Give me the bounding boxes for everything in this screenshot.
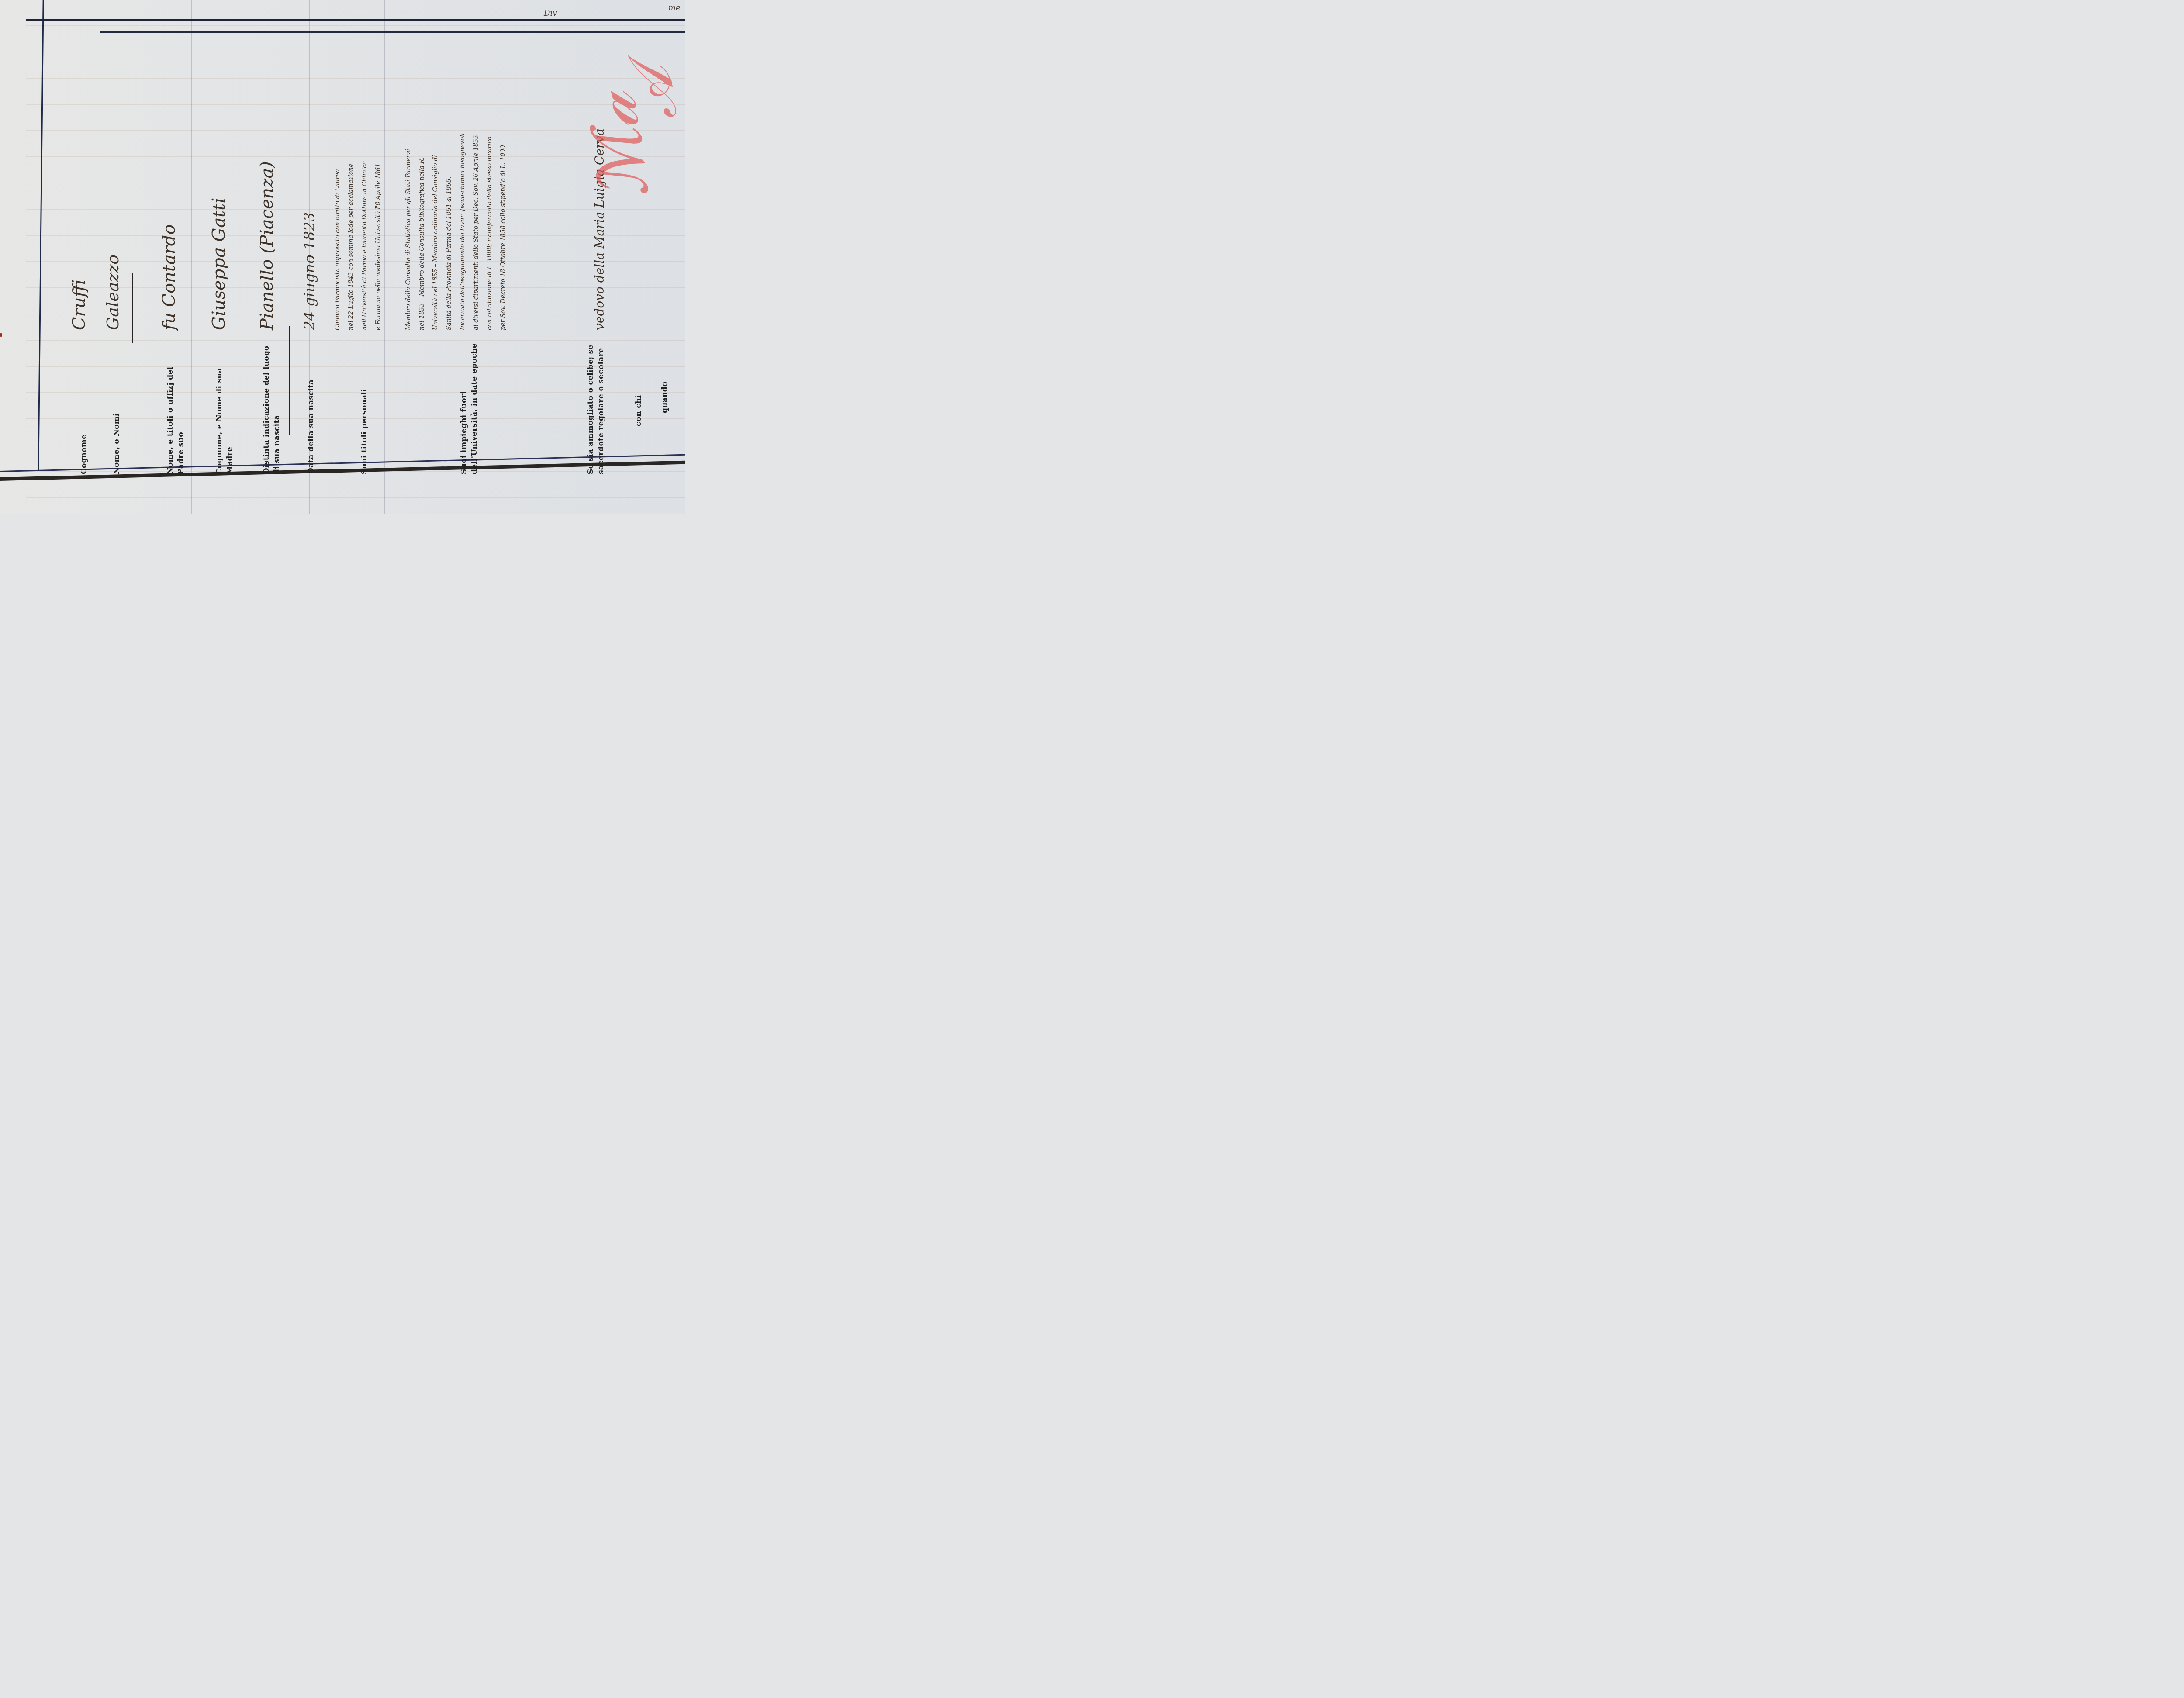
field-label: Se sia ammogliato o celibe; se sacerdote…	[585, 343, 606, 474]
field-luogo-nascita: Distinta indicazione del luogo di sua na…	[261, 38, 287, 474]
field-value: Galeazzo	[104, 0, 121, 330]
value-line: Incaricato dell'eseguimento dei lavori f…	[456, 0, 470, 330]
value-line: per Sov. Decreto 18 Ottobre 1858 collo s…	[497, 0, 510, 330]
field-label: con chi	[633, 295, 644, 426]
value-line: Membro della Consulta di Statistica per …	[402, 0, 415, 330]
field-impieghi: Suoi impieghi fuori dell'Università, in …	[402, 38, 533, 474]
value-line: nell'Università di Parma e laureato Dott…	[358, 0, 372, 330]
value-line: con retribuzione di L. 1000; riconfermat…	[483, 0, 497, 330]
field-label: Cognome, e Nome di sua Madre	[214, 343, 235, 474]
value-line: e Farmacia nella medesima Università l'8…	[372, 0, 385, 330]
row-divider	[289, 326, 290, 435]
field-value: Pianello (Piacenza)	[259, 0, 275, 330]
field-value-lines: Membro della Consulta di Statistica per …	[402, 0, 510, 330]
value-line: Chimico Farmacista approvato con diritto…	[331, 0, 345, 330]
field-value: 24 giugno 1823	[301, 0, 318, 330]
margin-fragment: Div	[544, 9, 557, 18]
value-line: nel 22 Luglio 1843 con somma lode per ac…	[345, 0, 358, 330]
field-titoli-personali: Suoi titoli personali Chimico Farmacista…	[332, 38, 389, 474]
row-divider	[132, 273, 133, 343]
field-label: Distinta indicazione del luogo di sua na…	[261, 343, 282, 474]
red-pencil-annotation: 𝒜	[617, 62, 685, 125]
value-line: Università nel 1855 – Membro ordinario d…	[429, 0, 442, 330]
value-line: nel 1853 – Membro della Consulta bibliog…	[415, 0, 429, 330]
field-madre: Cognome, e Nome di sua Madre Giuseppa Ga…	[214, 38, 240, 474]
field-label: Nome, o Nomi	[111, 343, 122, 474]
field-nome: Nome, o Nomi Galeazzo	[111, 38, 138, 474]
value-line: Sanità della Provincia di Parma dal 1861…	[442, 0, 456, 330]
field-label: Cognome	[79, 343, 89, 474]
field-padre: Nome, e titoli o uffizj del Padre suo fu…	[165, 38, 191, 474]
margin-fragment: me	[668, 3, 681, 13]
value-line: ai diversi dipartimenti dello Stato per …	[470, 0, 483, 330]
field-value: Giuseppa Gatti	[211, 0, 227, 330]
field-cognome: Cognome Cruffi	[79, 38, 105, 474]
field-value: fu Contardo	[161, 0, 177, 330]
field-data-nascita: Data della sua nascita 24 giugno 1823	[306, 38, 328, 474]
field-label: quando	[660, 282, 670, 413]
field-label: Data della sua nascita	[306, 343, 316, 474]
field-label: Suoi titoli personali	[359, 343, 370, 474]
field-value: Cruffi	[71, 0, 87, 330]
field-label: Suoi impieghi fuori dell'Università, in …	[459, 343, 480, 474]
field-value-lines: Chimico Farmacista approvato con diritto…	[331, 0, 385, 330]
form-content: Cognome Cruffi Nome, o Nomi Galeazzo Nom…	[0, 0, 685, 514]
field-label: Nome, e titoli o uffizj del Padre suo	[165, 343, 186, 474]
